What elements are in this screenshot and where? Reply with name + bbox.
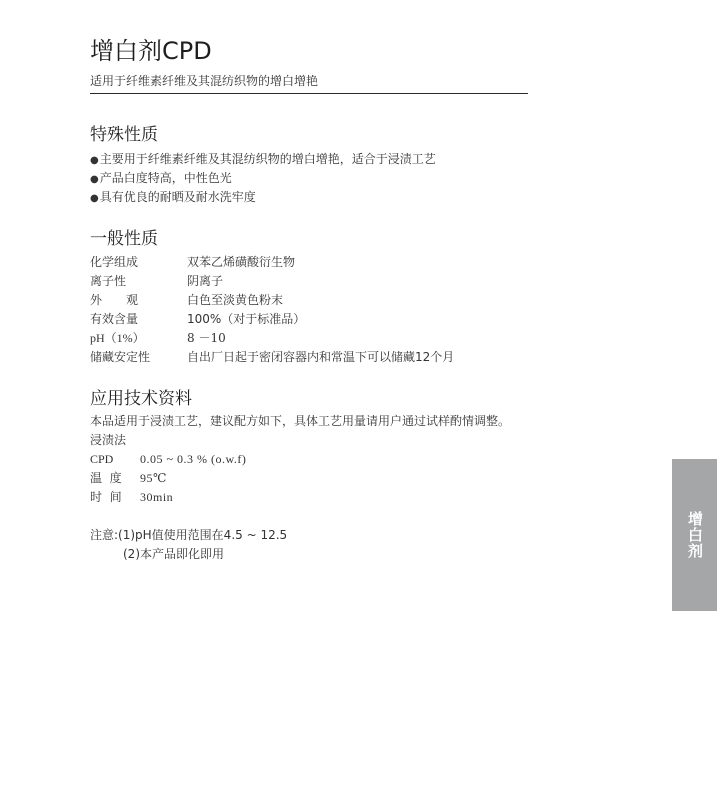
property-value: 阴离子 bbox=[187, 273, 223, 289]
param-label: 时 间 bbox=[90, 489, 122, 505]
property-value: 自出厂日起于密闭容器内和常温下可以储藏12个月 bbox=[187, 349, 454, 365]
property-label: 离子性 bbox=[90, 273, 126, 289]
bullet-item: 产品白度特高，中性色光 bbox=[90, 170, 232, 188]
page-subtitle: 适用于纤维素纤维及其混纺织物的增白增艳 bbox=[90, 73, 318, 89]
property-label: 有效含量 bbox=[90, 311, 138, 327]
param-value: 95℃ bbox=[140, 470, 167, 486]
section-title-special-properties: 特殊性质 bbox=[90, 124, 158, 146]
bullet-text: 主要用于纤维素纤维及其混纺织物的增白增艳，适合于浸渍工艺 bbox=[100, 152, 436, 166]
property-label: 化学组成 bbox=[90, 254, 138, 270]
note-line: (2)本产品即化即用 bbox=[123, 546, 224, 562]
bullet-item: 具有优良的耐晒及耐水洗牢度 bbox=[90, 189, 256, 207]
bullet-text: 产品白度特高，中性色光 bbox=[100, 171, 232, 185]
application-intro: 本品适用于浸渍工艺，建议配方如下，具体工艺用量请用户通过试样酌情调整。 bbox=[90, 413, 510, 429]
bullet-text: 具有优良的耐晒及耐水洗牢度 bbox=[100, 190, 256, 204]
side-tab-label: 增白剂 bbox=[686, 511, 703, 559]
param-value: 0.05 ~ 0.3 % (o.w.f) bbox=[140, 451, 246, 467]
property-value: 双苯乙烯磺酸衍生物 bbox=[187, 254, 295, 270]
title-divider bbox=[90, 93, 528, 94]
page-title: 增白剂CPD bbox=[90, 36, 212, 66]
param-label: 温 度 bbox=[90, 470, 122, 486]
property-label: 储藏安定性 bbox=[90, 349, 150, 365]
section-title-application: 应用技术资料 bbox=[90, 388, 192, 410]
bullet-item: 主要用于纤维素纤维及其混纺织物的增白增艳，适合于浸渍工艺 bbox=[90, 151, 436, 169]
property-value: 白色至淡黄色粉末 bbox=[187, 292, 283, 308]
side-tab: 增白剂 bbox=[672, 459, 717, 611]
param-label: CPD bbox=[90, 451, 113, 467]
property-label: 外 观 bbox=[90, 292, 138, 308]
section-title-general-properties: 一般性质 bbox=[90, 228, 158, 250]
param-value: 30min bbox=[140, 489, 173, 505]
property-label: pH（1%） bbox=[90, 330, 145, 346]
property-value: 8 －10 bbox=[187, 330, 226, 346]
note-line: 注意:(1)pH值使用范围在4.5 ~ 12.5 bbox=[90, 527, 287, 543]
property-value: 100%（对于标准品） bbox=[187, 311, 305, 327]
application-method: 浸渍法 bbox=[90, 432, 126, 448]
